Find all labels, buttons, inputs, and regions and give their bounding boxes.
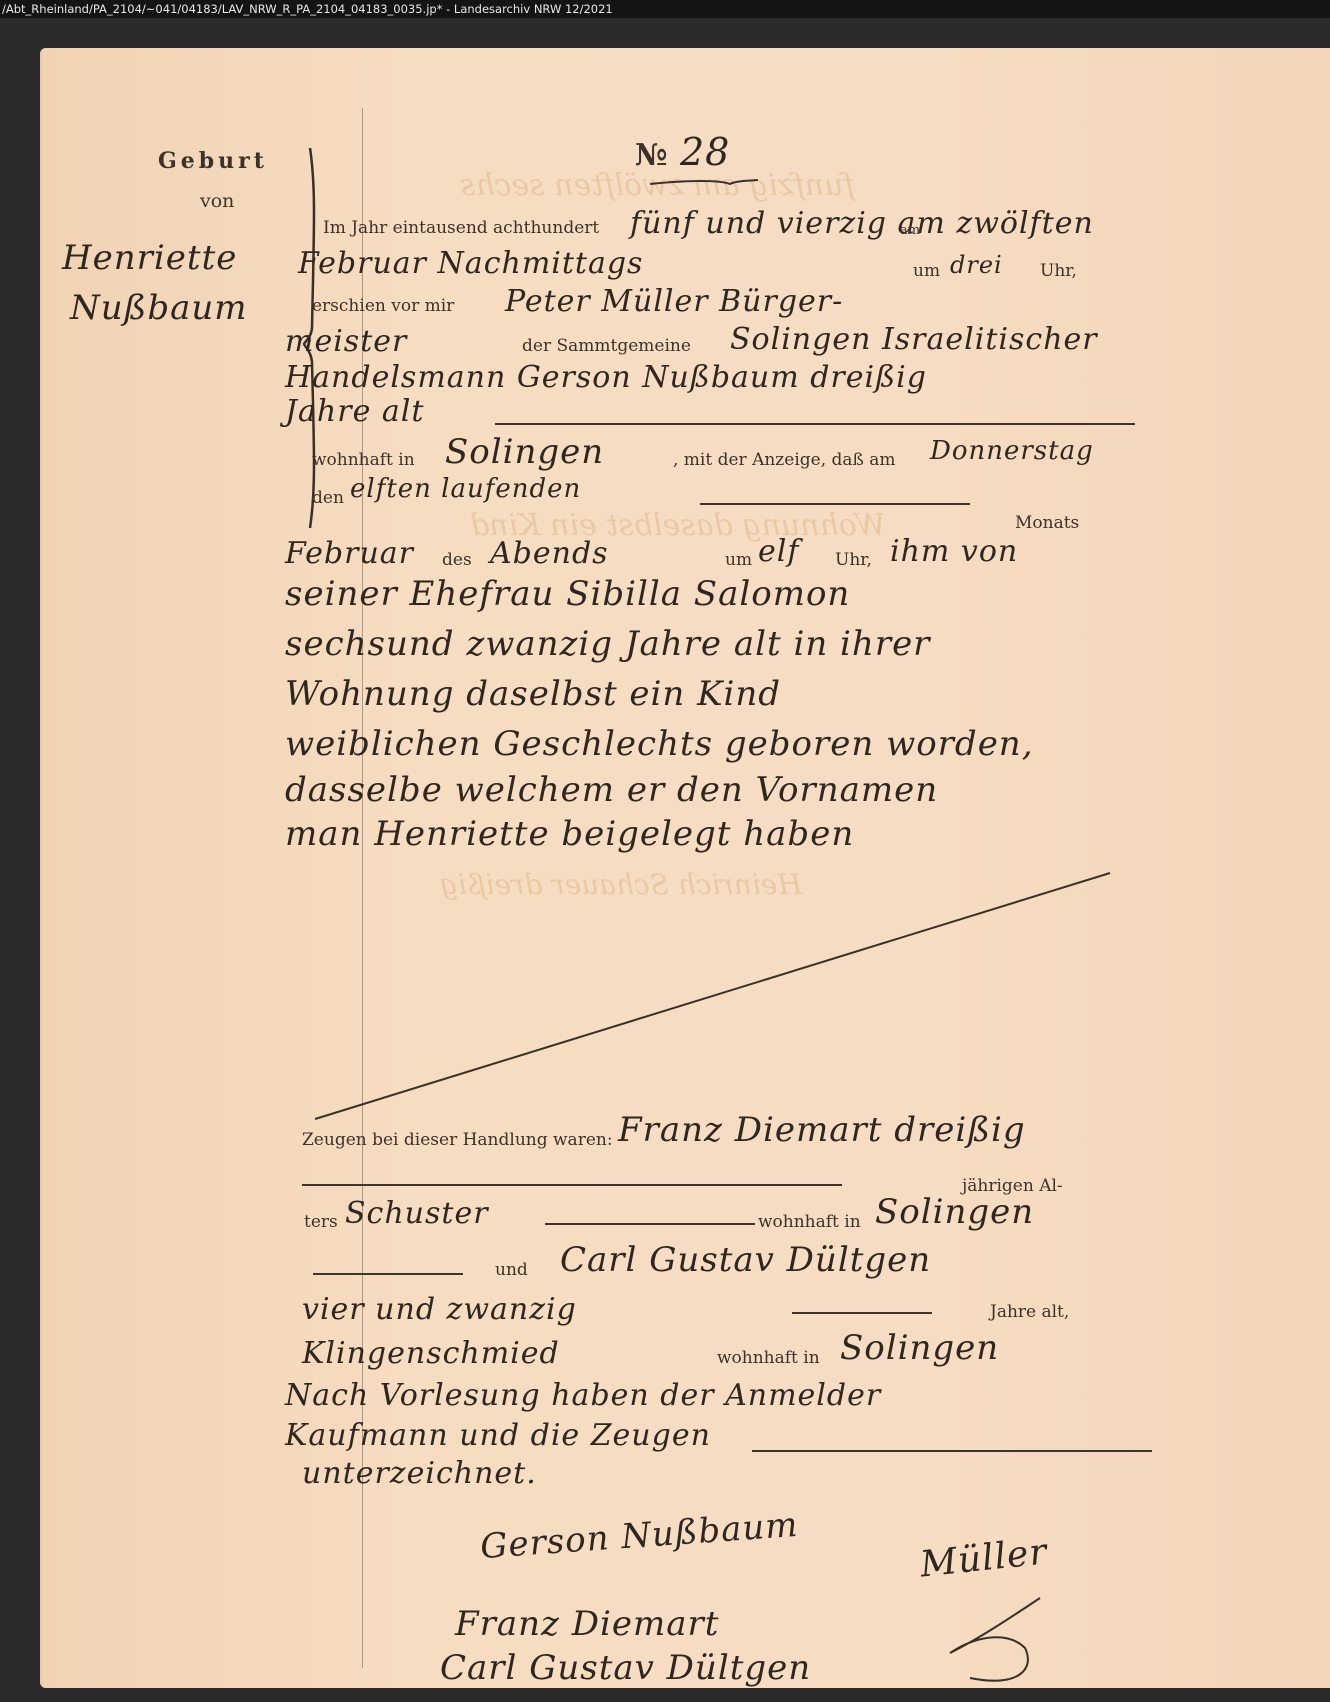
printed-ters: ters [304,1212,338,1232]
hand-body-4: Wohnung daselbst ein Kind [285,674,781,714]
hand-witness2-residence: Solingen [840,1328,999,1368]
printed-um2: um [725,550,752,570]
window-title-bar: /Abt_Rheinland/PA_2104/~041/04183/LAV_NR… [0,0,1330,18]
document-page: funfzig am zwölften sechs Wohnung daselb… [40,48,1300,1688]
printed-wohnhaft: wohnhaft in [312,450,415,470]
entry-number-label: № [635,138,668,173]
printed-uhr2: Uhr, [835,550,872,570]
printed-erschien: erschien vor mir [312,296,454,316]
hand-body-7: man Henriette beigelegt haben [285,814,854,854]
hand-informant: Handelsmann Gerson Nußbaum dreißig [285,360,927,395]
fill-rule [545,1223,755,1225]
hand-time-of-day: Abends [490,536,609,571]
printed-den: den [312,488,344,508]
printed-und: und [495,1260,528,1280]
hand-date-day: elften laufenden [350,474,581,504]
hand-closing-3: unterzeichnet. [302,1456,537,1491]
margin-heading: Geburt [158,148,268,174]
printed-jahre-alt: Jahre alt, [990,1302,1069,1322]
printed-anzeige: , mit der Anzeige, daß am [673,450,896,470]
hand-witness1-residence: Solingen [875,1192,1034,1232]
hand-body-5: weiblichen Geschlechts geboren worden, [285,724,1034,764]
printed-zeugen: Zeugen bei dieser Handlung waren: [302,1130,613,1150]
hand-body-1: ihm von [890,534,1018,569]
hand-official: Peter Müller Bürger- [505,284,843,319]
margin-von: von [200,190,234,212]
hand-witness1: Franz Diemart dreißig [618,1110,1026,1150]
signature-witness2: Carl Gustav Dültgen [440,1648,811,1688]
hand-weekday: Donnerstag [930,436,1094,466]
hand-body-3: sechsund zwanzig Jahre alt in ihrer [285,624,930,664]
fill-rule [792,1312,932,1314]
hand-year: fünf und vierzig am zwölften [630,206,1094,241]
margin-name-line1: Henriette [62,238,237,278]
hand-hour2: elf [758,534,799,569]
hand-official2: meister [285,324,407,359]
hand-informant-age: Jahre alt [285,394,424,429]
printed-wohnhaft3: wohnhaft in [717,1348,820,1368]
hand-witness2: Carl Gustav Dültgen [560,1240,931,1280]
fill-rule [752,1450,1152,1452]
printed-um: um [913,261,940,281]
hand-month-name: Februar [285,536,414,571]
hand-body-2: seiner Ehefrau Sibilla Salomon [285,574,850,614]
printed-uhr: Uhr, [1040,261,1077,281]
printed-wohnhaft2: wohnhaft in [758,1212,861,1232]
hand-witness2-occupation: Klingenschmied [302,1336,560,1371]
signature-flourish [940,1578,1050,1688]
hand-place: Solingen Israelitischer [730,322,1098,357]
page-edge [40,48,46,1688]
fill-rule [700,503,970,505]
hand-witness2-age: vier und zwanzig [302,1292,577,1327]
hand-closing-2: Kaufmann und die Zeugen [285,1418,711,1453]
hand-hour: drei [950,251,1003,279]
printed-im-jahr: Im Jahr eintausend achthundert [323,218,599,238]
margin-name-line2: Nußbaum [70,288,248,328]
fill-rule [302,1184,842,1186]
number-underline [650,178,760,188]
fill-rule [313,1273,463,1275]
signature-informant: Gerson Nußbaum [479,1505,800,1567]
image-viewer[interactable]: funfzig am zwölften sechs Wohnung daselb… [0,18,1330,1702]
hand-body-6: dasselbe welchem er den Vornamen [285,770,938,810]
hand-closing-1: Nach Vorlesung haben der Anmelder [285,1378,881,1413]
cancellation-line [315,873,1115,1123]
printed-am: am [900,223,920,238]
entry-number: 28 [680,130,730,174]
signature-witness1: Franz Diemart [455,1604,719,1644]
hand-month-time: Februar Nachmittags [298,246,643,281]
hand-residence: Solingen [445,432,604,472]
fill-rule [495,423,1135,425]
window-title: /Abt_Rheinland/PA_2104/~041/04183/LAV_NR… [2,2,613,16]
printed-des: des [442,550,472,570]
hand-witness1-occupation: Schuster [345,1196,489,1231]
printed-monats: Monats [1015,513,1079,533]
printed-sammtgemeine: der Sammtgemeine [522,336,691,356]
